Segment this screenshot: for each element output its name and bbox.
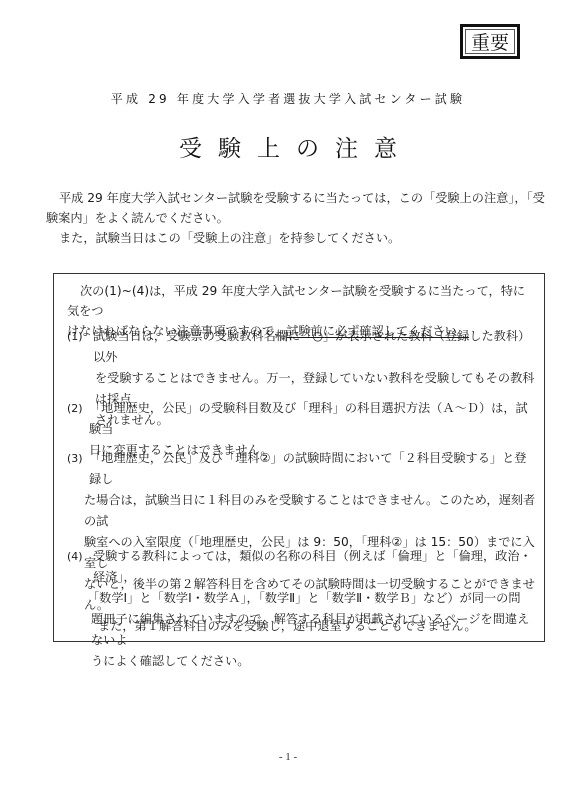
intro-paragraph-line: また，試験当日はこの「受験上の注意」を持参してください。: [46, 228, 546, 248]
item-line: うによく確認してください。: [81, 651, 537, 672]
item-line: 題冊子に編集されていますので，解答する科目が掲載されているページを間違えないよ: [81, 609, 537, 651]
notice-item-4: (4) 受験する教科によっては，類似の名称の科目（例えば「倫理」と「倫理，政治・…: [67, 546, 537, 672]
item-body: 受験する教科によっては，類似の名称の科目（例えば「倫理」と「倫理，政治・経済」，…: [67, 546, 537, 672]
important-badge: 重要: [460, 24, 520, 59]
intro-paragraph-line: 験案内」をよく読んでください。: [46, 208, 546, 228]
item-line: た場合は，試験当日に１科目のみを受験することはできません。このため，遅刻者の試: [81, 490, 537, 532]
document-title: 受験上の注意: [0, 130, 576, 163]
document-subtitle: 平成 29 年度大学入学者選抜大学入試センター試験: [0, 90, 576, 107]
item-marker: (4): [67, 546, 83, 567]
item-marker: (2): [67, 398, 83, 419]
item-line: 「数学Ⅰ」と「数学Ⅰ・数学Ａ」，「数学Ⅱ」と「数学Ⅱ・数学Ｂ」など）が同一の問: [81, 588, 537, 609]
important-badge-label: 重要: [465, 29, 515, 54]
item-marker: (3): [67, 448, 83, 469]
item-marker: (1): [67, 326, 83, 347]
intro-paragraph-line: 平成 29 年度大学入試センター試験を受験するに当たっては，この「受験上の注意」…: [46, 188, 546, 208]
important-notice-box: 次の(1)~(4)は，平成 29 年度大学入試センター試験を受験するに当たって，…: [53, 273, 545, 642]
notice-lead-text: 次の(1)~(4)は，平成 29 年度大学入試センター試験を受験するに当たって，…: [67, 284, 525, 318]
item-line: 試験当日は，受験票の受験教科名欄に「○」が表示された教科（登録した教科）以外: [81, 326, 537, 368]
notice-lead-line: 次の(1)~(4)は，平成 29 年度大学入試センター試験を受験するに当たって，…: [67, 281, 537, 321]
item-line: 受験する教科によっては，類似の名称の科目（例えば「倫理」と「倫理，政治・経済」，: [81, 546, 537, 588]
item-line: 「地理歴史，公民」の受験科目数及び「理科」の科目選択方法（Ａ～Ｄ）は，試験当: [81, 398, 537, 440]
intro-section: 平成 29 年度大学入試センター試験を受験するに当たっては，この「受験上の注意」…: [46, 188, 546, 248]
page-number: - 1 -: [0, 751, 576, 763]
item-line: 「地理歴史，公民」及び「理科②」の試験時間において「２科目受験する」と登録し: [81, 448, 537, 490]
